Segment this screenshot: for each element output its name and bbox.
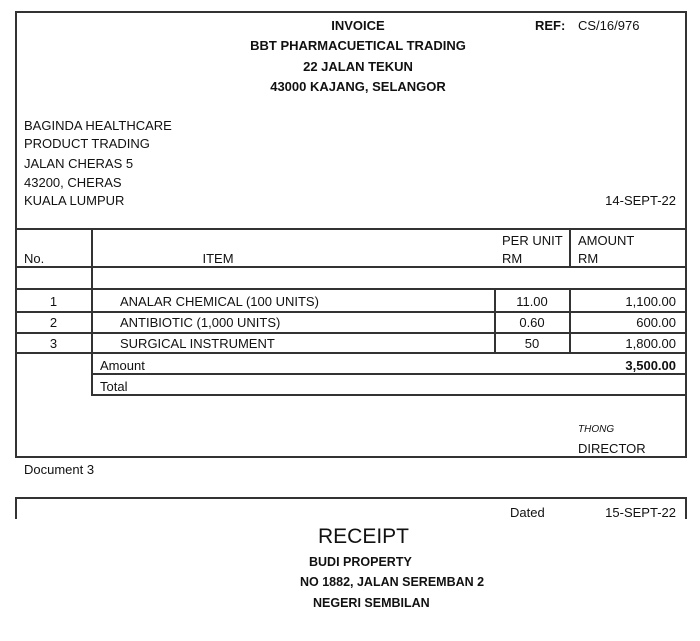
receipt-address2: NEGERI SEMBILAN: [313, 596, 430, 610]
dated-value: 15-SEPT-22: [605, 505, 676, 520]
row-per-unit: 11.00: [495, 294, 569, 309]
invoice-border-left: [15, 11, 17, 458]
col-perunit-divider: [569, 288, 571, 353]
row-no: 2: [16, 315, 91, 330]
row-no: 1: [16, 294, 91, 309]
seller-name: BBT PHARMACUETICAL TRADING: [208, 38, 508, 53]
buyer-line5: KUALA LUMPUR: [24, 193, 124, 208]
ref-label: REF:: [535, 18, 565, 33]
signatory-title: DIRECTOR: [578, 441, 646, 456]
receipt-border-left: [15, 497, 17, 519]
buyer-line1: BAGINDA HEALTHCARE: [24, 118, 172, 133]
amount-value: 3,500.00: [625, 358, 676, 373]
row1-bottom-line: [15, 311, 687, 313]
invoice-border-bottom: [15, 456, 687, 458]
buyer-line4: 43200, CHERAS: [24, 175, 122, 190]
seller-address2: 43000 KAJANG, SELANGOR: [238, 79, 478, 94]
receipt-address1: NO 1882, JALAN SEREMBAN 2: [300, 575, 484, 589]
invoice-border-top: [15, 11, 687, 13]
signature: THONG: [578, 424, 614, 435]
empty-row-bottom-line: [15, 288, 687, 290]
row-no: 3: [16, 336, 91, 351]
buyer-line2: PRODUCT TRADING: [24, 136, 150, 151]
row-amount: 600.00: [636, 315, 676, 330]
col-perunit-divider-header: [569, 228, 571, 268]
row-amount: 1,800.00: [625, 336, 676, 351]
header-item: ITEM: [158, 251, 278, 266]
document-label: Document 3: [24, 462, 94, 477]
row-item: SURGICAL INSTRUMENT: [120, 336, 275, 351]
row2-bottom-line: [15, 332, 687, 334]
header-amount-2: RM: [578, 251, 598, 266]
header-per-unit-1: PER UNIT: [502, 233, 563, 248]
total-label: Total: [100, 379, 127, 394]
ref-value: CS/16/976: [578, 18, 639, 33]
invoice-date: 14-SEPT-22: [605, 193, 676, 208]
receipt-border-top: [15, 497, 687, 499]
header-no: No.: [24, 251, 44, 266]
row3-bottom-line: [15, 352, 687, 354]
row-per-unit: 50: [495, 336, 569, 351]
header-bottom-line: [15, 266, 687, 268]
row-amount: 1,100.00: [625, 294, 676, 309]
table-top-line: [15, 228, 687, 230]
receipt-company: BUDI PROPERTY: [309, 555, 412, 569]
total-bottom-line: [91, 394, 687, 396]
header-per-unit-2: RM: [502, 251, 522, 266]
seller-address1: 22 JALAN TEKUN: [258, 59, 458, 74]
header-amount-1: AMOUNT: [578, 233, 634, 248]
row-item: ANTIBIOTIC (1,000 UNITS): [120, 315, 280, 330]
receipt-title: RECEIPT: [318, 525, 409, 549]
col-no-divider: [91, 228, 93, 396]
amount-bottom-line: [91, 373, 687, 375]
dated-label: Dated: [510, 505, 545, 520]
row-item: ANALAR CHEMICAL (100 UNITS): [120, 294, 319, 309]
buyer-line3: JALAN CHERAS 5: [24, 156, 133, 171]
invoice-border-right: [685, 11, 687, 458]
invoice-title: INVOICE: [258, 18, 458, 33]
amount-label: Amount: [100, 358, 145, 373]
row-per-unit: 0.60: [495, 315, 569, 330]
receipt-border-right: [685, 497, 687, 519]
